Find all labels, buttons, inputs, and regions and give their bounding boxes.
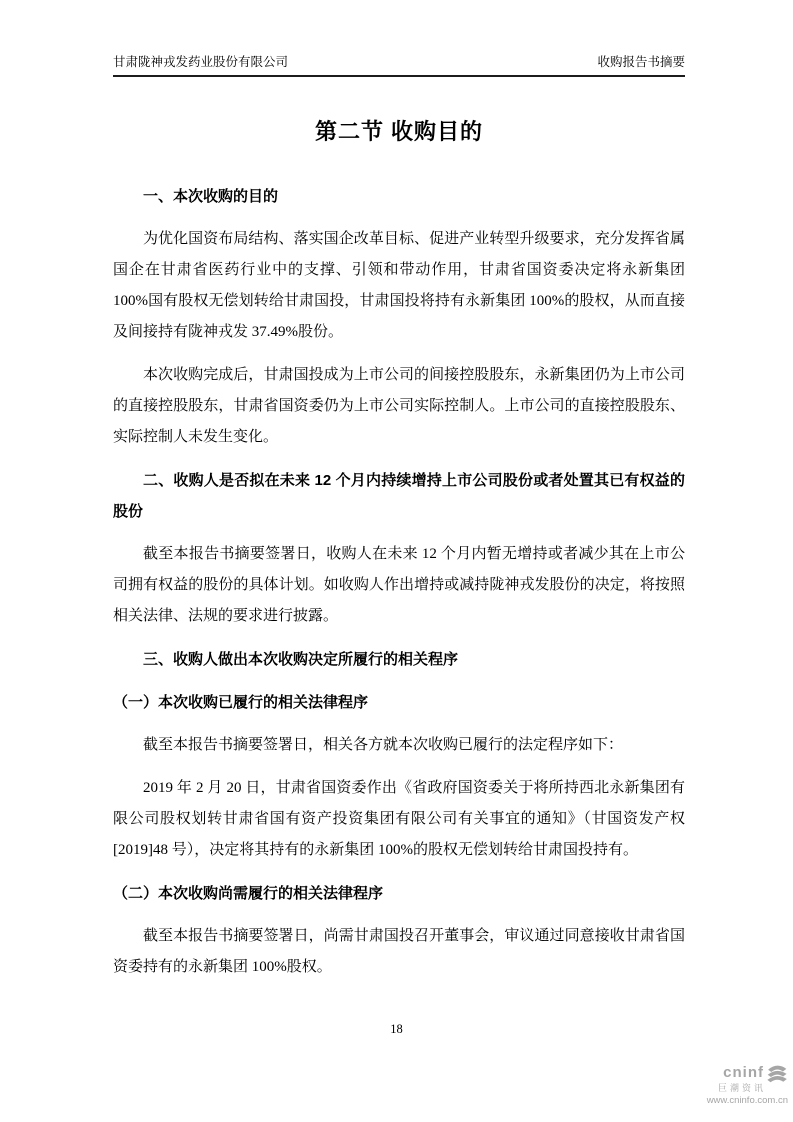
section-3-sub-1-paragraph-2: 2019 年 2 月 20 日，甘肃省国资委作出《省政府国资委关于将所持西北永新… <box>113 773 685 866</box>
section-3-sub-1-paragraph-1: 截至本报告书摘要签署日，相关各方就本次收购已履行的法定程序如下： <box>113 730 685 761</box>
section-2-heading: 二、收购人是否拟在未来 12 个月内持续增持上市公司股份或者处置其已有权益的股份 <box>113 465 685 527</box>
header-company-name: 甘肃陇神戎发药业股份有限公司 <box>113 54 288 70</box>
section-3-sub-2-paragraph-1: 截至本报告书摘要签署日，尚需甘肃国投召开董事会，审议通过同意接收甘肃省国资委持有… <box>113 921 685 983</box>
document-content: 甘肃陇神戎发药业股份有限公司 收购报告书摘要 第二节 收购目的 一、本次收购的目… <box>113 0 685 983</box>
cninfo-watermark: cninf 巨潮资讯 www.cninfo.com.cn <box>707 1064 788 1106</box>
cninfo-logo-row: cninf <box>723 1064 788 1083</box>
document-page: 甘肃陇神戎发药业股份有限公司 收购报告书摘要 第二节 收购目的 一、本次收购的目… <box>0 0 793 1122</box>
section-2-paragraph-1: 截至本报告书摘要签署日，收购人在未来 12 个月内暂无增持或者减少其在上市公司拥… <box>113 539 685 632</box>
chapter-title: 第二节 收购目的 <box>113 117 685 147</box>
page-number: 18 <box>0 1022 793 1037</box>
section-1-paragraph-1: 为优化国资布局结构、落实国企改革目标、促进产业转型升级要求，充分发挥省属国企在甘… <box>113 224 685 348</box>
section-3-sub-2-heading: （二）本次收购尚需履行的相关法律程序 <box>113 878 685 909</box>
cninfo-chinese-label: 巨潮资讯 <box>718 1084 766 1094</box>
cninfo-logo-text: cninf <box>723 1065 764 1082</box>
section-1-paragraph-2: 本次收购完成后，甘肃国投成为上市公司的间接控股股东，永新集团仍为上市公司的直接控… <box>113 360 685 453</box>
section-1-heading: 一、本次收购的目的 <box>113 181 685 212</box>
cninfo-swirl-icon <box>766 1064 788 1083</box>
header-doc-type: 收购报告书摘要 <box>597 54 685 70</box>
section-3-heading: 三、收购人做出本次收购决定所履行的相关程序 <box>113 644 685 675</box>
section-3-sub-1-heading: （一）本次收购已履行的相关法律程序 <box>113 687 685 718</box>
page-header: 甘肃陇神戎发药业股份有限公司 收购报告书摘要 <box>113 0 685 77</box>
cninfo-url-label: www.cninfo.com.cn <box>707 1096 788 1106</box>
